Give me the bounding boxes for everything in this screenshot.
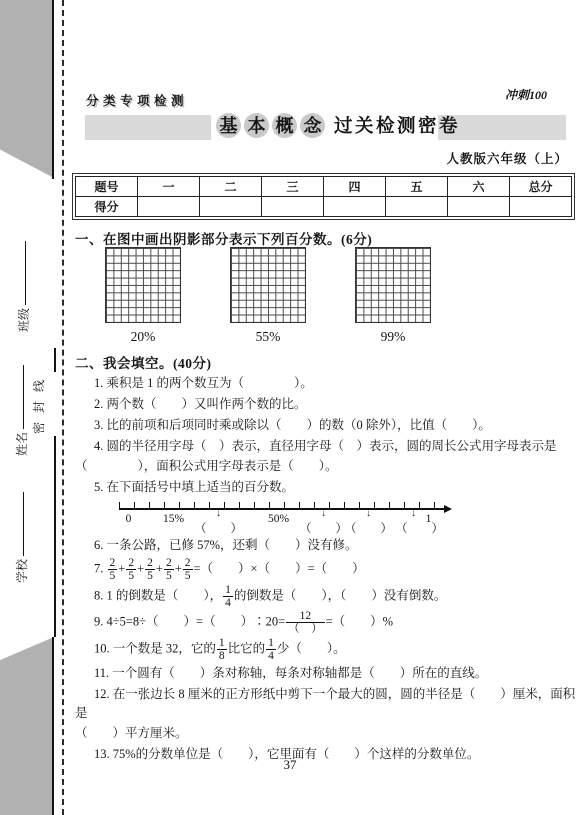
- number-line-tick: [344, 502, 345, 509]
- number-line-tick: [149, 502, 150, 509]
- score-table-column-header: 四: [324, 177, 386, 197]
- fraction-denominator: 8: [217, 649, 227, 662]
- title-circled-chars: 基本概念: [216, 113, 328, 138]
- number-line-tick: [299, 502, 300, 509]
- number-line-tick: [269, 502, 270, 509]
- fraction-numerator: 2: [183, 557, 193, 569]
- fraction: 25: [145, 557, 155, 582]
- grid-percent-label: 99%: [355, 329, 431, 345]
- student-name-field: 姓名: [14, 356, 30, 456]
- number-line: 015%50%1↓↓↓↓（ ）（ ）（ ）（ ）: [119, 500, 455, 534]
- fraction-denominator: 5: [145, 569, 155, 582]
- score-table-column-header: 二: [200, 177, 262, 197]
- fill-item: 1. 乘积是 1 的两个数互为（ ）。: [75, 374, 580, 394]
- fraction-denominator: 4: [266, 649, 276, 662]
- corner-wedge-bottom-left: [0, 637, 54, 815]
- fraction-denominator: （ ）: [286, 622, 325, 635]
- score-table-empty-cell: [200, 197, 262, 217]
- score-table-column-header: 一: [138, 177, 200, 197]
- percent-grid-block: 55%: [230, 247, 306, 345]
- title-decor-bar-left: [85, 115, 211, 140]
- fraction-denominator: 4: [223, 596, 233, 609]
- paper-title: 基本概念 过关检测密卷: [216, 112, 460, 138]
- seal-char: 线: [32, 371, 46, 392]
- score-table-column-header: 六: [448, 177, 510, 197]
- field-blank-line: [24, 241, 26, 305]
- fraction: 25: [164, 557, 174, 582]
- number-line-tick: [194, 502, 195, 509]
- number-line-tick: [434, 502, 435, 509]
- sprint-brand-label: 冲刺100: [505, 86, 547, 103]
- fraction-numerator: 1: [266, 637, 276, 649]
- score-table-corner: 题号: [76, 177, 138, 197]
- down-arrow-icon: ↓: [197, 508, 221, 519]
- corner-wedge-top-left: [0, 0, 54, 178]
- title-rest-text: 过关检测密卷: [334, 112, 460, 138]
- down-arrow-icon: ↓: [347, 508, 371, 519]
- title-circle-char: 基: [216, 113, 241, 138]
- fraction-numerator: 1: [217, 637, 227, 649]
- number-line-tick: [164, 502, 165, 509]
- number-line-tick: [119, 502, 120, 509]
- number-line-tick: [179, 502, 180, 509]
- field-blank-line: [22, 492, 24, 556]
- fill-item: 3. 比的前项和后项同时乘或除以（ ）的数（0 除外），比值（ ）。: [75, 416, 580, 436]
- title-circle-char: 概: [272, 113, 297, 138]
- number-line-tick: [374, 502, 375, 509]
- percent-grid-block: 99%: [355, 247, 431, 345]
- number-line-tick: [284, 502, 285, 509]
- score-table-header-row: 题号一二三四五六总分: [76, 177, 572, 197]
- fill-item: 2. 两个数（ ）又叫作两个数的比。: [75, 395, 580, 415]
- series-label: 分类专项检测: [86, 91, 188, 109]
- number-line-tick: [254, 502, 255, 509]
- number-line-tick: [329, 502, 330, 509]
- score-table-empty-cell: [324, 197, 386, 217]
- blank-bracket: （ ）: [376, 519, 443, 539]
- number-line-tick: [419, 502, 420, 509]
- hundred-square-grid: [355, 247, 431, 323]
- score-table-empty-cell: [386, 197, 448, 217]
- wedge-edge-line-bottom: [52, 637, 54, 815]
- page-number: 37: [0, 757, 580, 773]
- fraction-denominator: 5: [126, 569, 136, 582]
- fill-item: 6. 一条公路，已修 57%，还剩（ ）没有修。: [75, 536, 580, 556]
- student-class-field: 班级: [16, 240, 32, 332]
- fraction-denominator: 5: [164, 569, 174, 582]
- fill-item: 8. 1 的倒数是（ ），14的倒数是（ ），（ ）没有倒数。: [75, 584, 580, 609]
- field-label: 姓名: [15, 432, 29, 456]
- hundred-square-grid: [105, 247, 181, 323]
- fraction: 25: [108, 557, 118, 582]
- score-table-empty-cell: [262, 197, 324, 217]
- fraction-denominator: 5: [183, 569, 193, 582]
- number-line-arrowhead: [444, 505, 452, 513]
- score-table-column-header: 总分: [510, 177, 572, 197]
- score-table-score-row: 得分: [76, 197, 572, 217]
- score-table-column-header: 五: [386, 177, 448, 197]
- grid-percent-label: 55%: [230, 329, 306, 345]
- fraction: 25: [183, 557, 193, 582]
- fill-item: 11. 一个圆有（ ）条对称轴，每条对称轴都是（ ）所在的直线。: [75, 664, 580, 684]
- title-circle-char: 念: [300, 113, 325, 138]
- field-label: 学校: [15, 559, 29, 583]
- seal-char: 密: [32, 413, 46, 434]
- fraction-numerator: 2: [145, 557, 155, 569]
- fill-item: 10. 一个数是 32，它的18比它的14少（ ）。: [75, 637, 580, 662]
- fraction: 14: [266, 637, 276, 662]
- section-two-heading: 二、我会填空。(40分): [75, 352, 212, 372]
- fraction-numerator: 2: [126, 557, 136, 569]
- field-label: 班级: [17, 308, 31, 332]
- seal-line-segment: [54, 348, 56, 372]
- seal-line-segment: [54, 436, 56, 637]
- grid-percent-label: 20%: [105, 329, 181, 345]
- wedge-edge-line-top: [52, 0, 54, 179]
- score-table-row-label: 得分: [76, 197, 138, 217]
- fill-item: 7. 25+25+25+25+25=（ ）×（ ）=（ ）: [75, 557, 580, 582]
- score-table: 题号一二三四五六总分 得分: [75, 176, 572, 217]
- blank-bracket: （ ）: [175, 519, 242, 539]
- number-line-tick: [239, 502, 240, 509]
- score-table-empty-cell: [448, 197, 510, 217]
- down-arrow-icon: ↓: [392, 508, 416, 519]
- fill-item: 4. 圆的半径用字母（ ）表示，直径用字母（ ）表示，圆的周长公式用字母表示是（…: [75, 437, 580, 476]
- number-line-label: 0: [107, 510, 132, 530]
- fraction-numerator: 2: [108, 557, 118, 569]
- percent-grid-block: 20%: [105, 247, 181, 345]
- number-line-tick: [224, 502, 225, 509]
- percent-grid-row: 20%55%99%: [105, 247, 431, 345]
- fill-item: 12. 在一张边长 8 厘米的正方形纸中剪下一个最大的圆，圆的半径是（ ）厘米，…: [75, 685, 580, 744]
- hundred-square-grid: [230, 247, 306, 323]
- fraction-denominator: 5: [108, 569, 118, 582]
- score-table-column-header: 三: [262, 177, 324, 197]
- worksheet-page: 密封线 班级 姓名 学校 分类专项检测 冲刺100 基本概念 过关检测密卷 人教…: [0, 0, 580, 815]
- fraction: 14: [223, 584, 233, 609]
- score-table-empty-cell: [510, 197, 572, 217]
- number-line-tick: [389, 502, 390, 509]
- binding-dashed-line: [62, 0, 64, 815]
- score-table-empty-cell: [138, 197, 200, 217]
- edition-label: 人教版六年级（上）: [446, 149, 568, 167]
- fraction: 18: [217, 637, 227, 662]
- fill-item: 5. 在下面括号中填上适当的百分数。015%50%1↓↓↓↓（ ）（ ）（ ）（…: [75, 478, 580, 535]
- title-circle-char: 本: [244, 113, 269, 138]
- field-blank-line: [22, 365, 24, 429]
- fraction: 12（ ）: [286, 610, 325, 635]
- number-line-tick: [134, 502, 135, 509]
- fraction-numerator: 1: [223, 584, 233, 596]
- seal-line-text: 密封线: [31, 368, 47, 434]
- fill-in-blank-list: 1. 乘积是 1 的两个数互为（ ）。2. 两个数（ ）又叫作两个数的比。3. …: [75, 374, 580, 766]
- fill-item: 9. 4÷5=8÷（ ）=（ ）∶20=12（ ）=（ ）%: [75, 610, 580, 635]
- student-school-field: 学校: [14, 486, 30, 583]
- fraction-numerator: 2: [164, 557, 174, 569]
- fraction: 25: [126, 557, 136, 582]
- seal-char: 封: [32, 392, 46, 413]
- fraction-numerator: 12: [286, 610, 325, 622]
- down-arrow-icon: ↓: [302, 508, 326, 519]
- section-one-heading: 一、在图中画出阴影部分表示下列百分数。(6分): [75, 228, 372, 248]
